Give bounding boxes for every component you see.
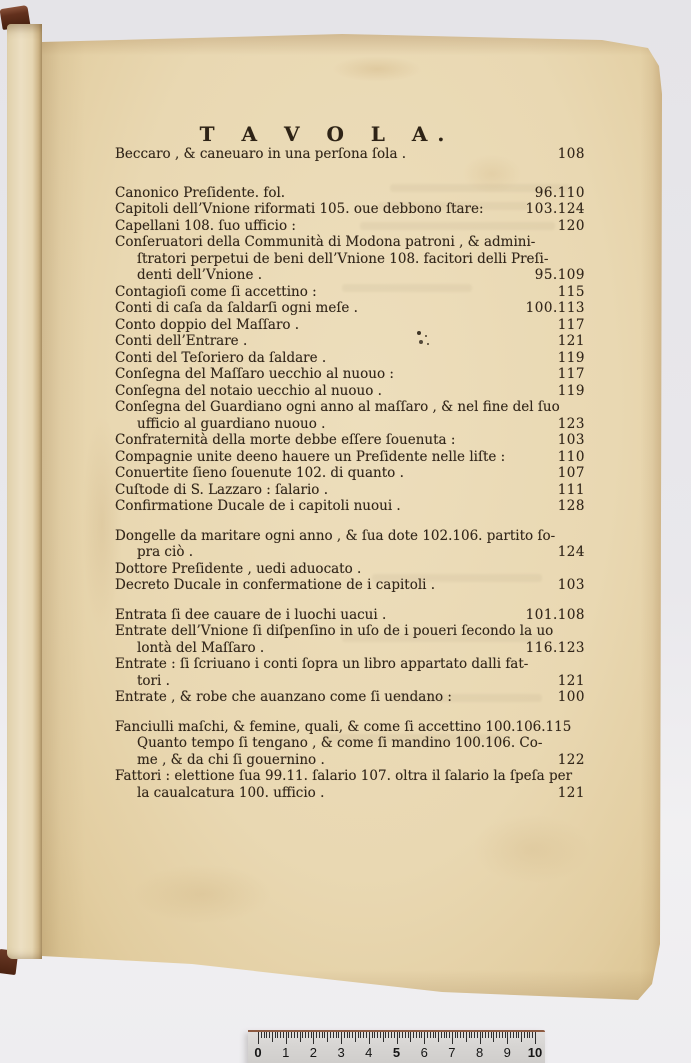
- entry-line: Contagioſi come ſi accettino :: [115, 284, 585, 301]
- index-entry: Conti del Teſoriero da ſaldare .119: [115, 350, 585, 367]
- ruler-tick: [469, 1032, 470, 1038]
- entry-page-ref: 117: [558, 366, 585, 383]
- entry-line: Conſegna del notaio uecchio al nuouo .: [115, 383, 585, 400]
- ruler-tick: [435, 1032, 436, 1038]
- entry-line: Quanto tempo ſi tengano , & come ſi mand…: [115, 735, 585, 752]
- ruler-tick: [405, 1032, 406, 1038]
- ruler-tick: [532, 1032, 533, 1038]
- ruler-tick: [305, 1032, 306, 1038]
- ruler-tick: [493, 1032, 494, 1042]
- entry-line: Confirmatione Ducale de i capitoli nuoui…: [115, 498, 585, 515]
- entry-line: Compagnie unite deeno hauere un Preſiden…: [115, 449, 585, 466]
- entry-page-ref: 103: [558, 432, 585, 449]
- ruler-tick: [452, 1032, 453, 1044]
- index-entry: Capellani 108. ſuo ufficio :120: [115, 218, 585, 235]
- ruler-tick: [380, 1032, 381, 1038]
- entry-line: Conſegna del Maſſaro uecchio al nuouo :: [115, 366, 585, 383]
- entry-page-ref: 116.123: [526, 640, 585, 657]
- book-page: T A V O L A. Beccaro , & caneuaro in una…: [42, 34, 662, 1009]
- entry-page-ref: 128: [558, 498, 585, 515]
- entry-page-ref: 121: [558, 333, 585, 350]
- ruler-tick: [441, 1032, 442, 1038]
- ruler-tick: [488, 1032, 489, 1038]
- ruler-tick: [333, 1032, 334, 1038]
- entry-page-ref: 121: [558, 785, 585, 802]
- ruler-tick: [283, 1032, 284, 1038]
- entry-line: Conſeruatori della Communità di Modona p…: [115, 234, 585, 251]
- ruler-tick: [524, 1032, 525, 1038]
- entry-page-ref: 95.109: [535, 267, 585, 284]
- entry-line: Beccaro , & caneuaro in una perſona ſola…: [115, 146, 585, 163]
- ruler-tick: [518, 1032, 519, 1038]
- ruler-tick: [288, 1032, 289, 1038]
- ruler-tick: [433, 1032, 434, 1038]
- ruler-tick: [419, 1032, 420, 1038]
- ruler-tick: [261, 1032, 262, 1038]
- ruler-number: 2: [310, 1045, 317, 1060]
- index-entry: Confirmatione Ducale de i capitoli nuoui…: [115, 498, 585, 515]
- entry-line: me , & da chi ſi gouernino .: [115, 752, 585, 769]
- ruler-number: 1: [282, 1045, 289, 1060]
- ruler-tick: [474, 1032, 475, 1038]
- entry-line: Capellani 108. ſuo ufficio :: [115, 218, 585, 235]
- ruler-number: 7: [448, 1045, 455, 1060]
- index-entry: Conſegna del notaio uecchio al nuouo .11…: [115, 383, 585, 400]
- entry-page-ref: 123: [558, 416, 585, 433]
- ruler-tick: [377, 1032, 378, 1038]
- entry-line: Conuertite ſieno ſouenute 102. di quanto…: [115, 465, 585, 482]
- ruler-tick: [510, 1032, 511, 1038]
- ruler-tick: [430, 1032, 431, 1038]
- ruler-tick: [410, 1032, 411, 1042]
- ruler-tick: [463, 1032, 464, 1038]
- entry-line: Entrate : ſi ſcriuano i conti ſopra un l…: [115, 656, 585, 673]
- ruler-tick: [311, 1032, 312, 1038]
- ruler-number: 9: [504, 1045, 511, 1060]
- entry-page-ref: 124: [558, 544, 585, 561]
- index-entry: Entrate : ſi ſcriuano i conti ſopra un l…: [115, 656, 585, 689]
- ruler-tick: [446, 1032, 447, 1038]
- entry-line: Decreto Ducale in confermatione de i cap…: [115, 577, 585, 594]
- entry-line: Dongelle da maritare ogni anno , & ſua d…: [115, 528, 585, 545]
- index-entry: Beccaro , & caneuaro in una perſona ſola…: [115, 146, 585, 163]
- ruler-tick: [358, 1032, 359, 1038]
- entry-page-ref: 119: [558, 350, 585, 367]
- ruler-tick: [330, 1032, 331, 1038]
- index-entry: Conſegna del Maſſaro uecchio al nuouo :1…: [115, 366, 585, 383]
- index-entry: Confraternità della morte debbe eſſere ſ…: [115, 432, 585, 449]
- ruler-tick: [482, 1032, 483, 1038]
- ruler-number: 0: [254, 1045, 261, 1060]
- entry-page-ref: 103.124: [526, 201, 585, 218]
- entry-page-ref: 103: [558, 577, 585, 594]
- entry-line: la caualcatura 100. ufficio .: [115, 785, 585, 802]
- index-entry: Conti dell’Entrare .121: [115, 333, 585, 350]
- entry-line: Dottore Preſidente , uedi aduocato .: [115, 561, 585, 578]
- entry-line: Fattori : elettione ſua 99.11. ſalario 1…: [115, 768, 585, 785]
- ruler-tick: [491, 1032, 492, 1038]
- ruler-tick: [399, 1032, 400, 1038]
- ruler-tick: [485, 1032, 486, 1038]
- ruler-tick: [324, 1032, 325, 1038]
- ruler-tick: [499, 1032, 500, 1038]
- ruler-tick: [527, 1032, 528, 1038]
- entry-page-ref: 107: [558, 465, 585, 482]
- ruler-tick: [388, 1032, 389, 1038]
- ruler-tick: [408, 1032, 409, 1038]
- ruler-tick: [496, 1032, 497, 1038]
- index-entry: Dongelle da maritare ogni anno , & ſua d…: [115, 528, 585, 561]
- ruler-tick: [275, 1032, 276, 1038]
- ruler-tick: [266, 1032, 267, 1038]
- index-entry: Fanciulli maſchi, & femine, quali, & com…: [115, 719, 585, 769]
- entry-page-ref: 115: [558, 284, 585, 301]
- ruler-tick: [360, 1032, 361, 1038]
- entry-page-ref: 108: [558, 146, 585, 163]
- entry-page-ref: 110: [558, 449, 585, 466]
- index-entry: Dottore Preſidente , uedi aduocato .: [115, 561, 585, 578]
- ruler-tick: [424, 1032, 425, 1044]
- ruler-tick: [394, 1032, 395, 1038]
- ruler-tick: [535, 1032, 536, 1044]
- ruler-number: 3: [337, 1045, 344, 1060]
- ruler-tick: [438, 1032, 439, 1042]
- index-entry: Cuſtode di S. Lazzaro : ſalario .111: [115, 482, 585, 499]
- ruler-tick: [471, 1032, 472, 1038]
- page-title: T A V O L A.: [115, 124, 585, 145]
- ruler-number: 8: [476, 1045, 483, 1060]
- ruler-number: 6: [421, 1045, 428, 1060]
- entry-line: Conti del Teſoriero da ſaldare .: [115, 350, 585, 367]
- paper-stain: [472, 814, 592, 884]
- entry-line: ſtratori perpetui de beni dell’Vnione 10…: [115, 251, 585, 268]
- ruler-tick: [297, 1032, 298, 1038]
- entry-page-ref: 122: [558, 752, 585, 769]
- paper-stain: [332, 56, 422, 82]
- entry-line: Cuſtode di S. Lazzaro : ſalario .: [115, 482, 585, 499]
- ruler-tick: [385, 1032, 386, 1038]
- entry-line: pra ciò .: [115, 544, 585, 561]
- index-list: Beccaro , & caneuaro in una perſona ſola…: [115, 146, 585, 801]
- ink-blot: [417, 331, 421, 335]
- ruler-tick: [319, 1032, 320, 1038]
- ruler-tick: [258, 1032, 259, 1044]
- ruler-tick: [302, 1032, 303, 1038]
- ruler-tick: [421, 1032, 422, 1038]
- left-page-edge: [7, 24, 42, 959]
- ruler-tick: [347, 1032, 348, 1038]
- index-entry: Decreto Ducale in confermatione de i cap…: [115, 577, 585, 594]
- ruler-tick: [374, 1032, 375, 1038]
- ruler-tick: [521, 1032, 522, 1042]
- index-entry: Fattori : elettione ſua 99.11. ſalario 1…: [115, 768, 585, 801]
- index-entry: Compagnie unite deeno hauere un Preſiden…: [115, 449, 585, 466]
- ruler-tick: [460, 1032, 461, 1038]
- ruler-tick: [308, 1032, 309, 1038]
- index-entry: Conſeruatori della Communità di Modona p…: [115, 234, 585, 284]
- index-entry: Capitoli dell’Vnione riformati 105. oue …: [115, 201, 585, 218]
- ruler-tick: [480, 1032, 481, 1044]
- ruler: 012345678910: [248, 1030, 545, 1063]
- entry-line: Capitoli dell’Vnione riformati 105. oue …: [115, 201, 585, 218]
- ruler-tick: [338, 1032, 339, 1038]
- ruler-tick: [413, 1032, 414, 1038]
- entry-page-ref: 100: [558, 689, 585, 706]
- entry-page-ref: 101.108: [526, 607, 585, 624]
- entry-line: Canonico Preſidente. fol.: [115, 185, 585, 202]
- ruler-tick: [444, 1032, 445, 1038]
- entry-page-ref: 111: [558, 482, 585, 499]
- ruler-tick: [316, 1032, 317, 1038]
- ruler-tick: [369, 1032, 370, 1044]
- entry-line: Conti dell’Entrare .: [115, 333, 585, 350]
- entry-page-ref: 121: [558, 673, 585, 690]
- entry-line: Confraternità della morte debbe eſſere ſ…: [115, 432, 585, 449]
- ruler-tick: [505, 1032, 506, 1038]
- entry-line: Conſegna del Guardiano ogni anno al maſſ…: [115, 399, 585, 416]
- ruler-tick: [291, 1032, 292, 1038]
- entry-line: lontà del Maſſaro .: [115, 640, 585, 657]
- ruler-tick: [466, 1032, 467, 1042]
- ruler-tick: [366, 1032, 367, 1038]
- ruler-tick: [457, 1032, 458, 1038]
- entry-line: tori .: [115, 673, 585, 690]
- ruler-number: 5: [393, 1045, 400, 1060]
- entry-line: denti dell’Vnione .: [115, 267, 585, 284]
- ruler-tick: [363, 1032, 364, 1038]
- ruler-tick: [336, 1032, 337, 1038]
- ruler-tick: [300, 1032, 301, 1042]
- ruler-tick: [516, 1032, 517, 1038]
- ruler-tick: [294, 1032, 295, 1038]
- entry-line: Fanciulli maſchi, & femine, quali, & com…: [115, 719, 585, 736]
- index-entry: Conti di caſa da ſaldarſi ogni meſe .100…: [115, 300, 585, 317]
- ruler-tick: [264, 1032, 265, 1038]
- ruler-tick: [391, 1032, 392, 1038]
- ruler-tick: [397, 1032, 398, 1044]
- paper-stain: [132, 864, 272, 924]
- ruler-tick: [349, 1032, 350, 1038]
- ruler-tick: [269, 1032, 270, 1038]
- index-entry: Canonico Preſidente. fol.96.110: [115, 185, 585, 202]
- ruler-number: 10: [528, 1045, 542, 1060]
- ruler-tick: [327, 1032, 328, 1042]
- ruler-tick: [507, 1032, 508, 1044]
- entry-line: Entrata ſi dee cauare de i luochi uacui …: [115, 607, 585, 624]
- ruler-tick: [383, 1032, 384, 1042]
- entry-page-ref: 117: [558, 317, 585, 334]
- index-entry: Entrate , & robe che auanzano come ſi ue…: [115, 689, 585, 706]
- ruler-tick: [313, 1032, 314, 1044]
- entry-page-ref: 100.113: [526, 300, 585, 317]
- ruler-tick: [322, 1032, 323, 1038]
- index-entry: Entrata ſi dee cauare de i luochi uacui …: [115, 607, 585, 624]
- entry-page-ref: 96.110: [535, 185, 585, 202]
- ruler-tick: [355, 1032, 356, 1042]
- ruler-tick: [477, 1032, 478, 1038]
- ruler-tick: [277, 1032, 278, 1038]
- ruler-tick: [344, 1032, 345, 1038]
- ruler-tick: [402, 1032, 403, 1038]
- entry-line: Conto doppio del Maſſaro .: [115, 317, 585, 334]
- index-entry: Conſegna del Guardiano ogni anno al maſſ…: [115, 399, 585, 432]
- ruler-tick: [352, 1032, 353, 1038]
- entry-page-ref: 120: [558, 218, 585, 235]
- entry-line: Entrate , & robe che auanzano come ſi ue…: [115, 689, 585, 706]
- index-entry: Contagioſi come ſi accettino :115: [115, 284, 585, 301]
- ruler-tick: [427, 1032, 428, 1038]
- entry-page-ref: 119: [558, 383, 585, 400]
- ruler-tick: [455, 1032, 456, 1038]
- ruler-tick: [280, 1032, 281, 1038]
- entry-line: Conti di caſa da ſaldarſi ogni meſe .: [115, 300, 585, 317]
- entry-line: Entrate dell’Vnione ſi diſpenſino in uſo…: [115, 623, 585, 640]
- ruler-tick: [529, 1032, 530, 1038]
- ruler-tick: [416, 1032, 417, 1038]
- entry-line: ufficio al guardiano nuouo .: [115, 416, 585, 433]
- ruler-tick: [513, 1032, 514, 1038]
- ruler-number: 4: [365, 1045, 372, 1060]
- ruler-tick: [502, 1032, 503, 1038]
- index-entry: Entrate dell’Vnione ſi diſpenſino in uſo…: [115, 623, 585, 656]
- index-entry: Conuertite ſieno ſouenute 102. di quanto…: [115, 465, 585, 482]
- ruler-tick: [272, 1032, 273, 1042]
- ruler-tick: [372, 1032, 373, 1038]
- index-entry: Conto doppio del Maſſaro .117: [115, 317, 585, 334]
- ruler-tick: [286, 1032, 287, 1044]
- ruler-tick: [449, 1032, 450, 1038]
- photo-background: T A V O L A. Beccaro , & caneuaro in una…: [0, 0, 691, 1063]
- ruler-tick: [341, 1032, 342, 1044]
